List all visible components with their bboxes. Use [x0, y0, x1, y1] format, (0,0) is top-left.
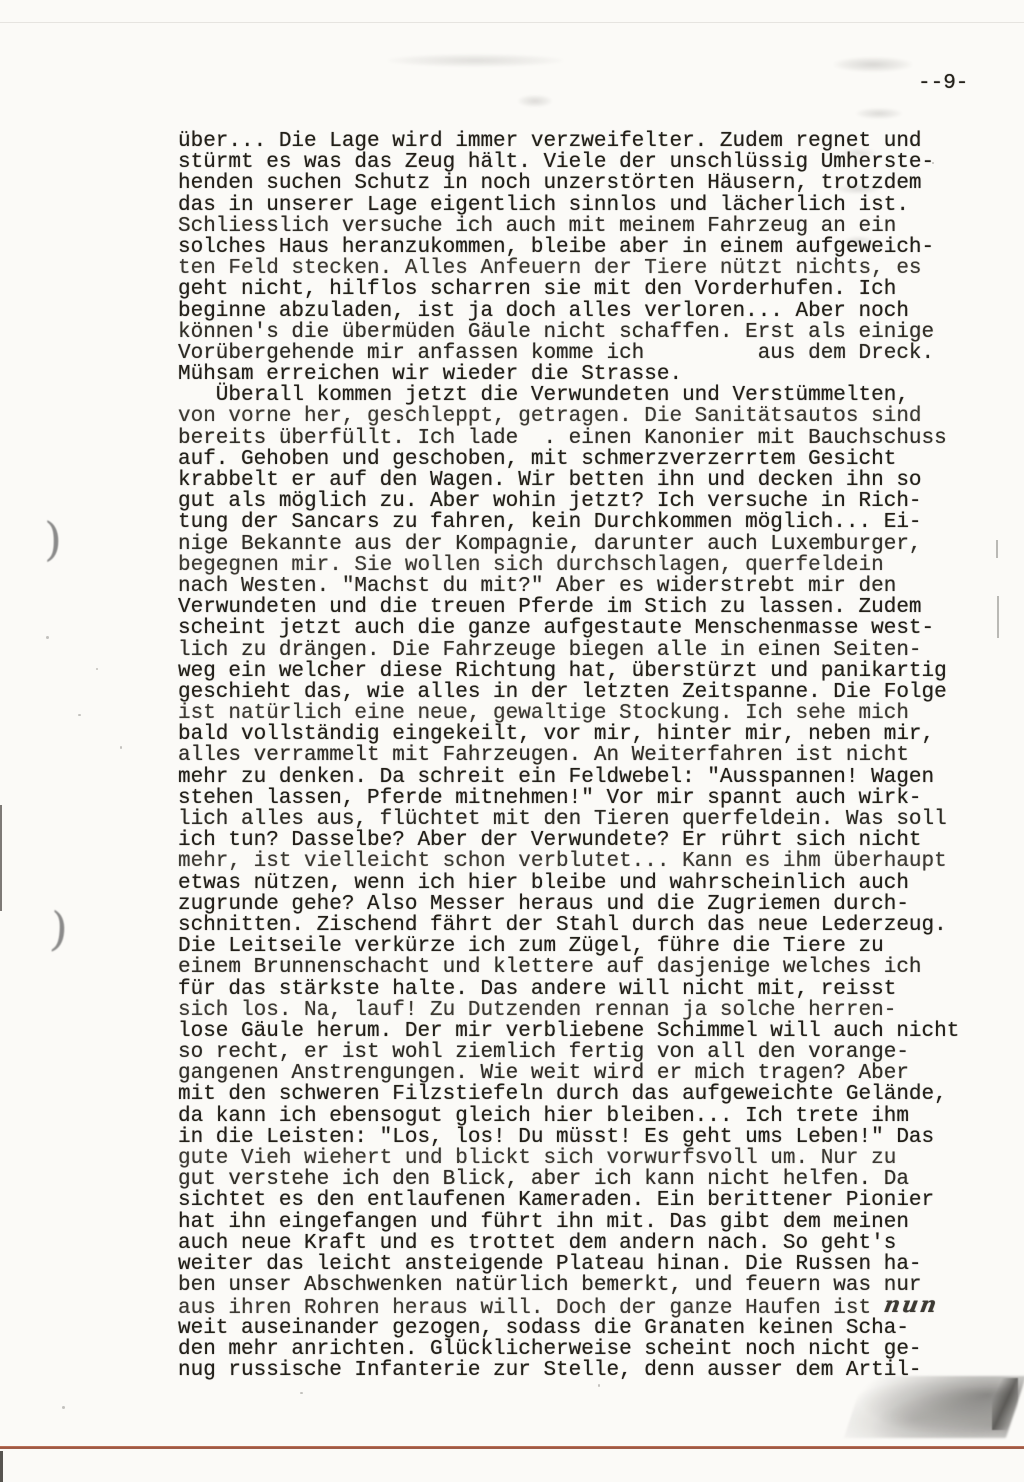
text-line: stürmt es was das Zeug hält. Viele der u…	[178, 152, 959, 173]
text-line: etwas nützen, wenn ich hier bleibe und w…	[178, 873, 959, 894]
body-text: über... Die Lage wird immer verzweifelte…	[178, 131, 959, 1381]
text-line: gangenen Anstrengungen. Wie weit wird er…	[178, 1063, 959, 1084]
text-line: nach Westen. "Machst du mit?" Aber es wi…	[178, 576, 959, 597]
text-line: so recht, er ist wohl ziemlich fertig vo…	[178, 1042, 959, 1063]
scan-speck	[598, 1384, 600, 1387]
text-line: stehen lassen, Pferde mitnehmen!" Vor mi…	[178, 788, 959, 809]
scanned-document-page: --9- über... Die Lage wird immer verzwei…	[0, 0, 1024, 1482]
text-line: da kann ich ebensogut gleich hier bleibe…	[178, 1106, 959, 1127]
text-line: schnitten. Zischend fährt der Stahl durc…	[178, 915, 959, 936]
text-line: mehr, ist vielleicht schon verblutet... …	[178, 851, 959, 872]
text-line: über... Die Lage wird immer verzweifelte…	[178, 131, 959, 152]
punch-hole-mark-icon: )	[44, 516, 62, 562]
text-line: Überall kommen jetzt die Verwundeten und…	[178, 385, 959, 406]
text-line: sich los. Na, lauf! Zu Dutzenden rennan …	[178, 1000, 959, 1021]
text-line: nige Bekannte aus der Kompagnie, darunte…	[178, 534, 959, 555]
text-line: gut verstehe ich den Blick, aber ich kan…	[178, 1169, 959, 1190]
text-line: mit den schweren Filzstiefeln durch das …	[178, 1084, 959, 1105]
text-line: solches Haus heranzukommen, bleibe aber …	[178, 237, 959, 258]
text-line: ich tun? Dasselbe? Aber der Verwundete? …	[178, 830, 959, 851]
text-line: in die Leisten: "Los, los! Du müsst! Es …	[178, 1127, 959, 1148]
scan-smudge	[992, 1378, 1018, 1430]
text-line: begegnen mir. Sie wollen sich durchschla…	[178, 555, 959, 576]
punch-hole-mark-icon: )	[48, 905, 69, 952]
text-line: henden suchen Schutz in noch unzerstörte…	[178, 173, 959, 194]
scan-smudge	[518, 95, 552, 107]
text-segment: aus ihren Rohren heraus will. Doch der g…	[178, 1297, 884, 1320]
text-line: bald vollständig eingekeilt, vor mir, hi…	[178, 724, 959, 745]
text-line: mehr zu denken. Da schreit ein Feldwebel…	[178, 767, 959, 788]
text-line: nug russische Infanterie zur Stelle, den…	[178, 1360, 959, 1381]
scan-speck	[300, 1392, 303, 1394]
text-line: bereits überfüllt. Ich lade . einen Kano…	[178, 428, 959, 449]
text-line: gute Vieh wiehert und blickt sich vorwur…	[178, 1148, 959, 1169]
scan-edge-line	[0, 22, 1024, 23]
text-line: auch neue Kraft und es trottet dem ander…	[178, 1233, 959, 1254]
text-line: gut als möglich zu. Aber wohin jetzt? Ic…	[178, 491, 959, 512]
text-line: weit auseinander gezogen, sodass die Gra…	[178, 1318, 959, 1339]
scan-smudge	[834, 57, 912, 72]
scan-edge-artifact	[996, 540, 998, 558]
scan-speck	[46, 636, 49, 639]
text-line: scheint jetzt auch die ganze aufgestaute…	[178, 618, 959, 639]
text-line: Vorübergehende mir anfassen komme ich au…	[178, 343, 959, 364]
scan-speck	[96, 668, 98, 670]
text-line: lose Gäule herum. Der mir verbliebene Sc…	[178, 1021, 959, 1042]
text-line: hat ihn eingefangen und führt ihn mit. D…	[178, 1212, 959, 1233]
scan-edge-artifact	[0, 805, 2, 911]
text-line: Verwundeten und die treuen Pferde im Sti…	[178, 597, 959, 618]
red-rule-line	[0, 1446, 1024, 1449]
text-line: sichtet es den entlaufenen Kameraden. Ei…	[178, 1190, 959, 1211]
text-line: tung der Sancars zu fahren, kein Durchko…	[178, 512, 959, 533]
scan-smudge	[856, 108, 902, 119]
text-line: Schliesslich versuche ich auch mit meine…	[178, 216, 959, 237]
text-line: aus ihren Rohren heraus will. Doch der g…	[178, 1296, 959, 1317]
text-line: krabbelt er auf den Wagen. Wir betten ih…	[178, 470, 959, 491]
text-line: den mehr anrichten. Glücklicherweise sch…	[178, 1339, 959, 1360]
scan-smudge	[388, 54, 563, 67]
text-line: Die Leitseile verkürze ich zum Zügel, fü…	[178, 936, 959, 957]
scan-speck	[62, 1406, 65, 1409]
text-line: lich alles aus, flüchtet mit den Tieren …	[178, 809, 959, 830]
text-line: geht nicht, hilflos scharren sie mit den…	[178, 279, 959, 300]
text-line: können's die übermüden Gäule nicht schaf…	[178, 322, 959, 343]
text-line: ben unser Abschwenken natürlich bemerkt,…	[178, 1275, 959, 1296]
text-line: das in unserer Lage eigentlich sinnlos u…	[178, 195, 959, 216]
text-line: geschieht das, wie alles in der letzten …	[178, 682, 959, 703]
scan-speck	[78, 714, 81, 716]
text-line: ist natürlich eine neue, gewaltige Stock…	[178, 703, 959, 724]
text-line: zugrunde gehe? Also Messer heraus und di…	[178, 894, 959, 915]
scan-speck	[120, 746, 122, 749]
page-number: --9-	[918, 72, 968, 95]
scan-edge-artifact	[997, 596, 999, 638]
text-line: für das stärkste halte. Das andere will …	[178, 979, 959, 1000]
text-line: alles verrammelt mit Fahrzeugen. An Weit…	[178, 745, 959, 766]
text-line: einem Brunnenschacht und klettere auf da…	[178, 957, 959, 978]
scan-edge-artifact	[0, 1451, 3, 1482]
text-line: auf. Gehoben und geschoben, mit schmerzv…	[178, 449, 959, 470]
text-line: weiter das leicht ansteigende Plateau hi…	[178, 1254, 959, 1275]
text-line: weg ein welcher diese Richtung hat, über…	[178, 661, 959, 682]
text-line: lich zu drängen. Die Fahrzeuge biegen al…	[178, 640, 959, 661]
text-line: von vorne her, geschleppt, getragen. Die…	[178, 406, 959, 427]
text-line: ten Feld stecken. Alles Anfeuern der Tie…	[178, 258, 959, 279]
scan-speck	[932, 162, 934, 164]
text-line: Mühsam erreichen wir wieder die Strasse.	[178, 364, 959, 385]
text-line: beginne abzuladen, ist ja doch alles ver…	[178, 301, 959, 322]
handwritten-word: nun	[882, 1295, 940, 1316]
